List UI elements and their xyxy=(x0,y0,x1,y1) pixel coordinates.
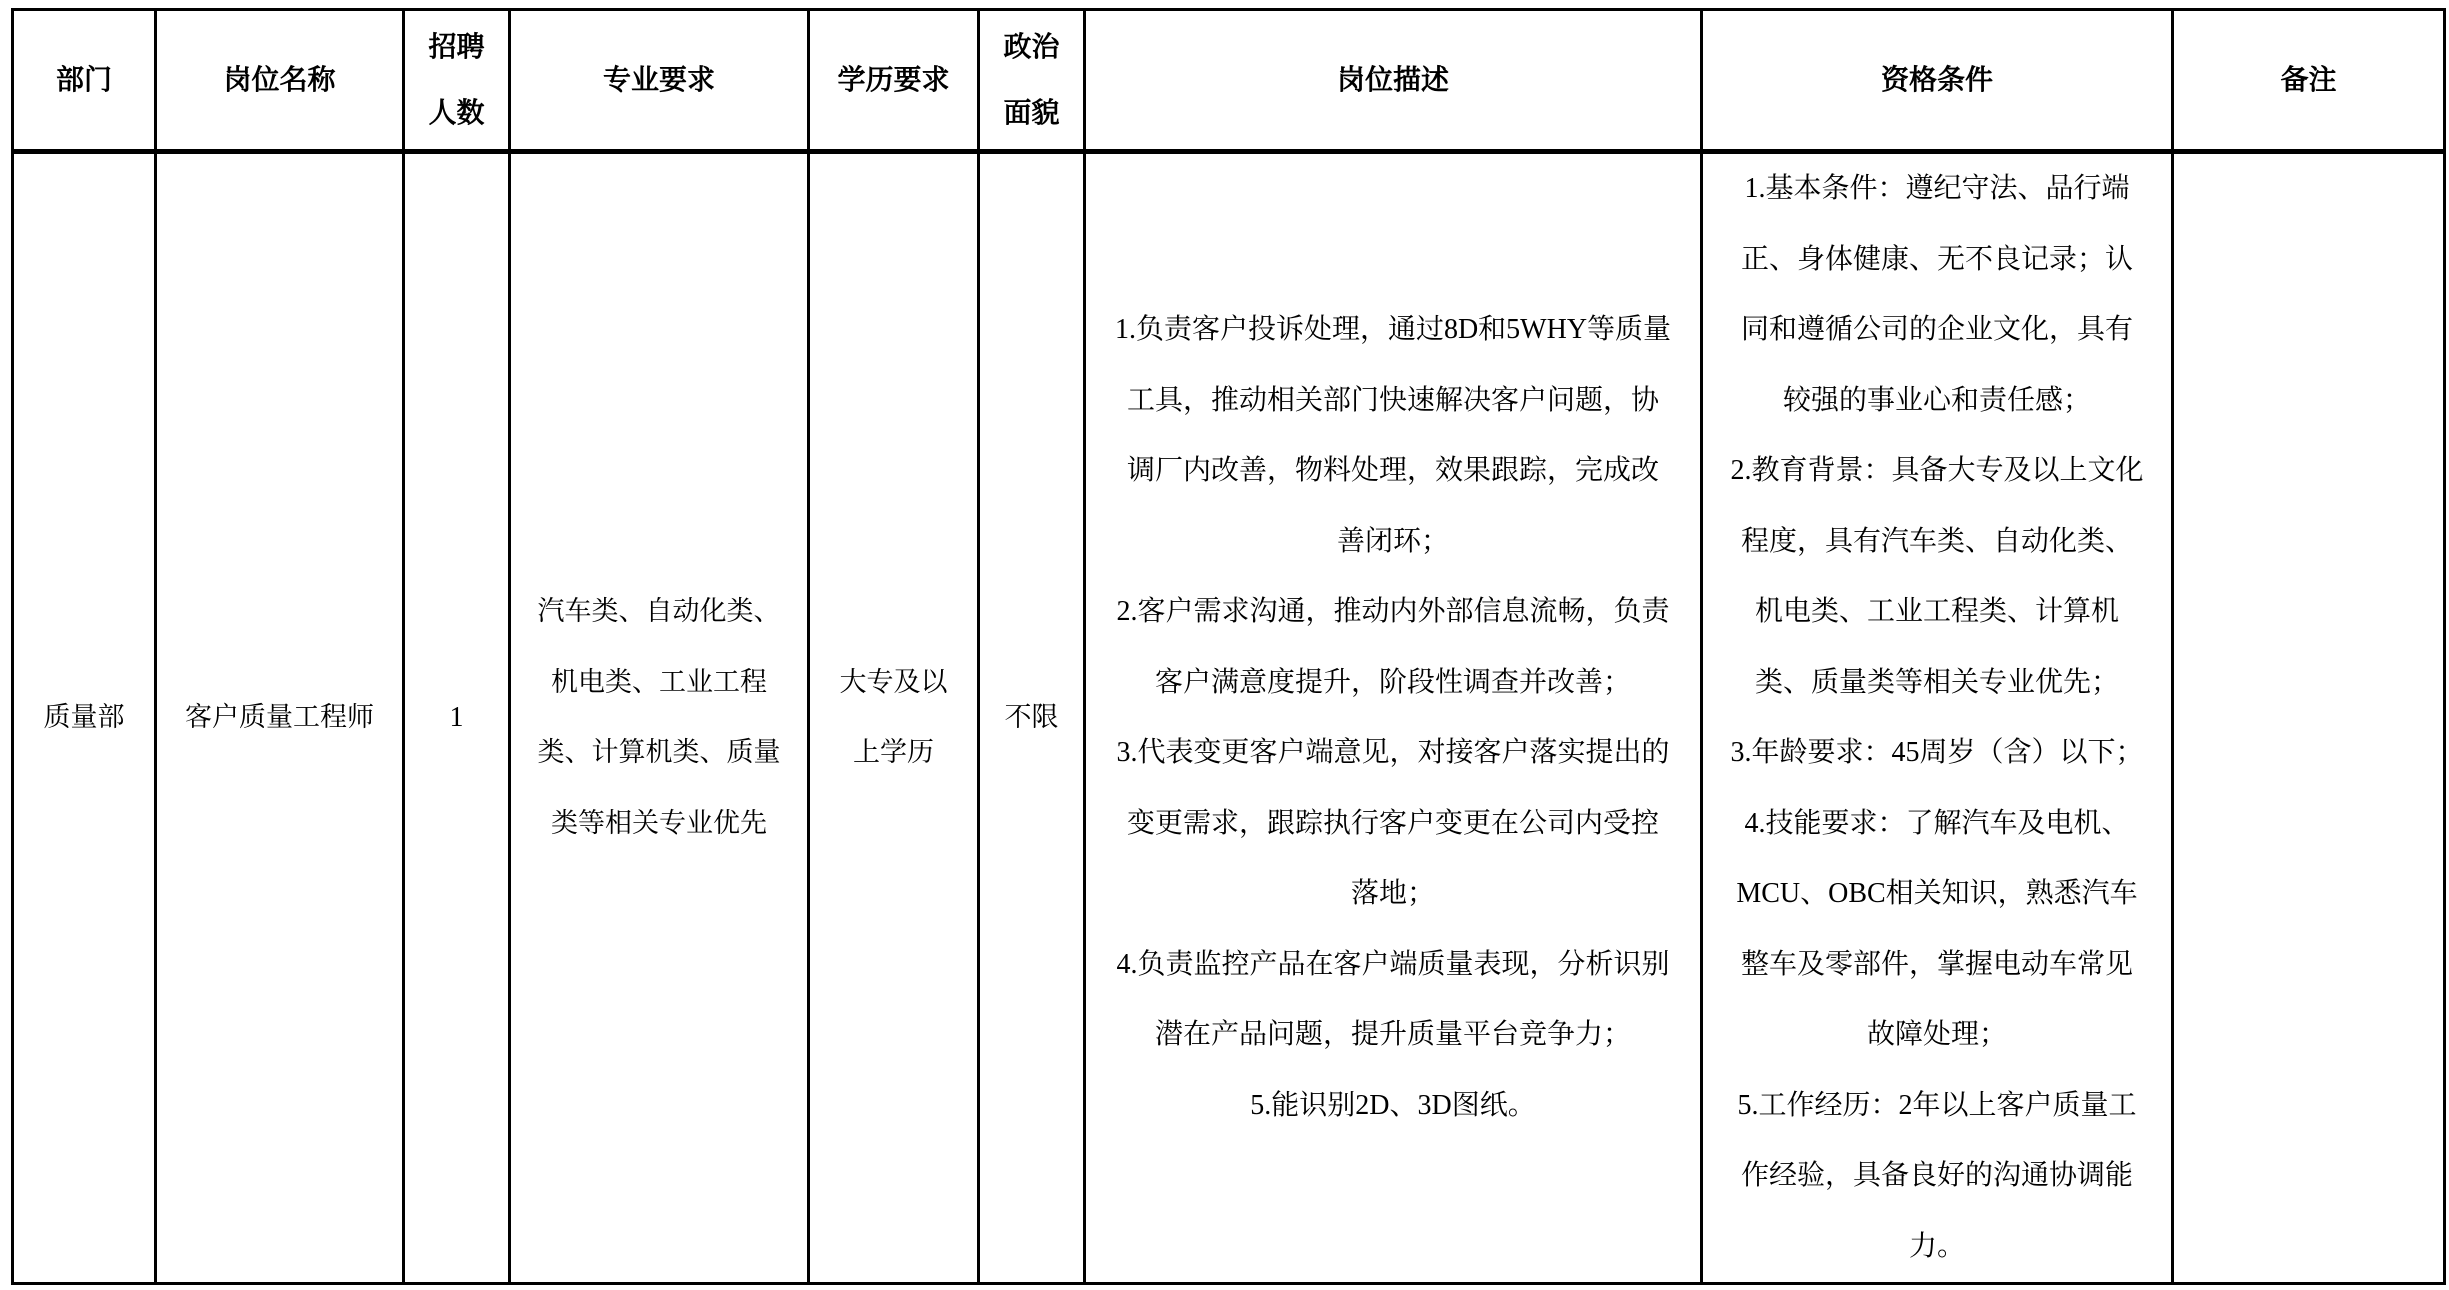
qualifications-line: 作经验，具备良好的沟通协调能 xyxy=(1717,1141,2157,1212)
description-line: 潜在产品问题，提升质量平台竞争力； xyxy=(1100,1000,1686,1071)
description-line: 工具，推动相关部门快速解决客户问题，协 xyxy=(1100,366,1686,437)
header-qualifications: 资格条件 xyxy=(1702,10,2173,152)
header-label: 岗位名称 xyxy=(157,47,402,113)
qualifications-line: 1.基本条件：遵纪守法、品行端 xyxy=(1717,154,2157,225)
cell-education: 大专及以上学历 xyxy=(809,152,979,1284)
cell-dept: 质量部 xyxy=(13,152,156,1284)
header-major: 专业要求 xyxy=(510,10,809,152)
qualifications-line: 4.技能要求：了解汽车及电机、 xyxy=(1717,789,2157,860)
header-label: 资格条件 xyxy=(1703,47,2171,113)
description-line: 5.能识别2D、3D图纸。 xyxy=(1100,1071,1686,1142)
description-line: 调厂内改善，物料处理，效果跟踪，完成改 xyxy=(1100,436,1686,507)
header-label: 人数 xyxy=(405,80,508,146)
header-label: 专业要求 xyxy=(511,47,807,113)
qualifications-line: 机电类、工业工程类、计算机 xyxy=(1717,577,2157,648)
cell-description: 1.负责客户投诉处理，通过8D和5WHY等质量工具，推动相关部门快速解决客户问题… xyxy=(1085,152,1702,1284)
header-label: 学历要求 xyxy=(810,47,977,113)
description-line: 落地； xyxy=(1100,859,1686,930)
qualifications-line: 2.教育背景：具备大专及以上文化 xyxy=(1717,436,2157,507)
qualifications-line: 3.年龄要求：45周岁（含）以下； xyxy=(1717,718,2157,789)
table-row: 质量部客户质量工程师1汽车类、自动化类、机电类、工业工程类、计算机类、质量类等相… xyxy=(13,152,2445,1284)
dept-line: 质量部 xyxy=(28,683,140,754)
header-dept: 部门 xyxy=(13,10,156,152)
qualifications-line: 正、身体健康、无不良记录；认 xyxy=(1717,225,2157,296)
major-line: 类、计算机类、质量 xyxy=(525,718,793,789)
header-headcount: 招聘人数 xyxy=(404,10,510,152)
cell-qualifications: 1.基本条件：遵纪守法、品行端正、身体健康、无不良记录；认同和遵循公司的企业文化… xyxy=(1702,152,2173,1284)
qualifications-line: 故障处理； xyxy=(1717,1000,2157,1071)
description-line: 变更需求，跟踪执行客户变更在公司内受控 xyxy=(1100,789,1686,860)
header-label: 政治 xyxy=(980,14,1083,80)
cell-major: 汽车类、自动化类、机电类、工业工程类、计算机类、质量类等相关专业优先 xyxy=(510,152,809,1284)
qualifications-line: 整车及零部件，掌握电动车常见 xyxy=(1717,930,2157,1001)
header-position: 岗位名称 xyxy=(156,10,404,152)
qualifications-line: MCU、OBC相关知识，熟悉汽车 xyxy=(1717,859,2157,930)
description-line: 客户满意度提升，阶段性调查并改善； xyxy=(1100,648,1686,719)
cell-headcount: 1 xyxy=(404,152,510,1284)
major-line: 机电类、工业工程 xyxy=(525,648,793,719)
cell-remarks xyxy=(2173,152,2445,1284)
political-line: 不限 xyxy=(994,683,1069,754)
qualifications-line: 类、质量类等相关专业优先； xyxy=(1717,648,2157,719)
header-label: 部门 xyxy=(14,47,154,113)
header-label: 招聘 xyxy=(405,14,508,80)
qualifications-line: 5.工作经历：2年以上客户质量工 xyxy=(1717,1071,2157,1142)
education-line: 上学历 xyxy=(824,718,963,789)
qualifications-line: 程度，具有汽车类、自动化类、 xyxy=(1717,507,2157,578)
cell-position: 客户质量工程师 xyxy=(156,152,404,1284)
description-line: 善闭环； xyxy=(1100,507,1686,578)
recruitment-table: 部门岗位名称招聘人数专业要求学历要求政治面貌岗位描述资格条件备注 质量部客户质量… xyxy=(11,8,2446,1285)
header-political: 政治面貌 xyxy=(979,10,1085,152)
header-description: 岗位描述 xyxy=(1085,10,1702,152)
description-line: 2.客户需求沟通，推动内外部信息流畅，负责 xyxy=(1100,577,1686,648)
qualifications-line: 同和遵循公司的企业文化，具有 xyxy=(1717,295,2157,366)
position-line: 客户质量工程师 xyxy=(171,683,388,754)
major-line: 类等相关专业优先 xyxy=(525,789,793,860)
header-label: 面貌 xyxy=(980,80,1083,146)
description-line: 4.负责监控产品在客户端质量表现，分析识别 xyxy=(1100,930,1686,1001)
qualifications-line: 较强的事业心和责任感； xyxy=(1717,366,2157,437)
headcount-line: 1 xyxy=(419,683,494,754)
header-remarks: 备注 xyxy=(2173,10,2445,152)
major-line: 汽车类、自动化类、 xyxy=(525,577,793,648)
education-line: 大专及以 xyxy=(824,648,963,719)
header-label: 备注 xyxy=(2174,47,2443,113)
header-education: 学历要求 xyxy=(809,10,979,152)
table-header-row: 部门岗位名称招聘人数专业要求学历要求政治面貌岗位描述资格条件备注 xyxy=(13,10,2445,152)
cell-political: 不限 xyxy=(979,152,1085,1284)
qualifications-line: 力。 xyxy=(1717,1212,2157,1283)
description-line: 1.负责客户投诉处理，通过8D和5WHY等质量 xyxy=(1100,295,1686,366)
header-label: 岗位描述 xyxy=(1086,47,1700,113)
description-line: 3.代表变更客户端意见，对接客户落实提出的 xyxy=(1100,718,1686,789)
